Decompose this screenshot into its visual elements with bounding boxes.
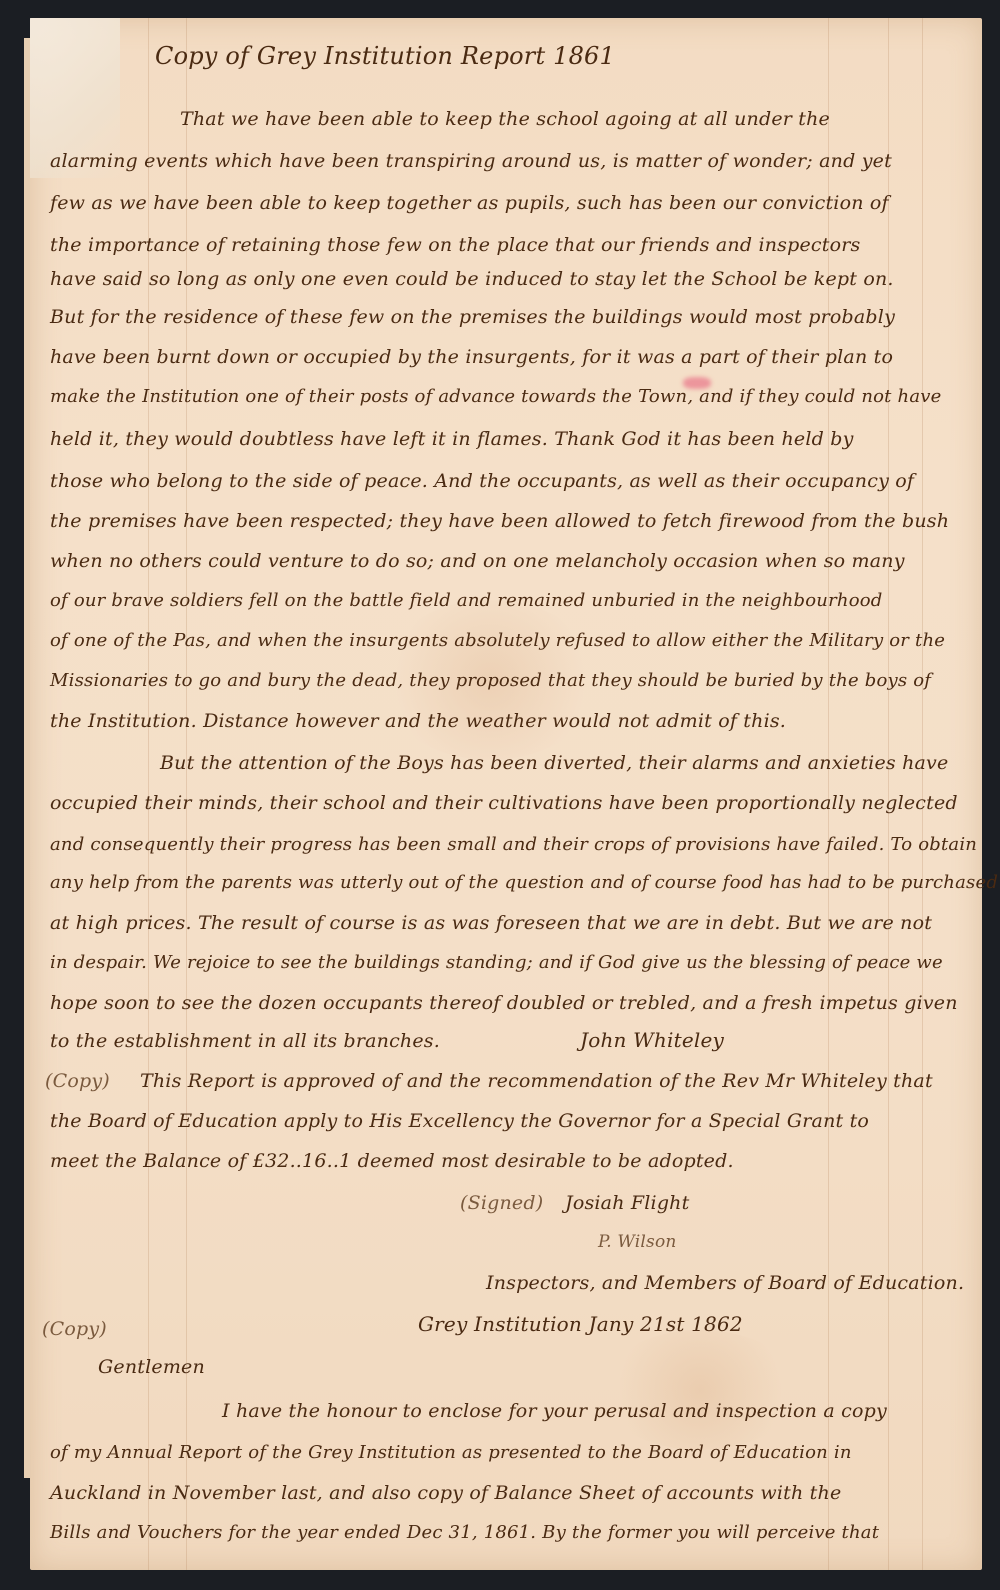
text-line: of my Annual Report of the Grey Institut… [50, 1442, 852, 1463]
text-line: the Institution. Distance however and th… [50, 710, 786, 732]
text-line: in despair. We rejoice to see the buildi… [50, 952, 943, 973]
text-line: hope soon to see the dozen occupants the… [50, 992, 958, 1014]
copy-label: (Copy) [45, 1070, 110, 1092]
text-line: This Report is approved of and the recom… [140, 1070, 933, 1092]
text-line: Auckland in November last, and also copy… [50, 1482, 841, 1504]
text-line: But the attention of the Boys has been d… [160, 752, 948, 774]
text-line: and consequently their progress has been… [50, 834, 977, 855]
signature-p-wilson: P. Wilson [598, 1232, 677, 1252]
text-line: occupied their minds, their school and t… [50, 792, 958, 814]
letter-place-date: Grey Institution Jany 21st 1862 [418, 1312, 743, 1336]
text-line: those who belong to the side of peace. A… [50, 470, 914, 492]
text-line: make the Institution one of their posts … [50, 386, 941, 407]
text-line: at high prices. The result of course is … [50, 912, 932, 934]
text-line: have been burnt down or occupied by the … [50, 346, 893, 368]
text-line: have said so long as only one even could… [50, 268, 894, 290]
text-line: alarming events which have been transpir… [50, 150, 892, 172]
text-line: held it, they would doubtless have left … [50, 428, 854, 450]
signature-josiah-flight: Josiah Flight [565, 1192, 689, 1214]
signed-label: (Signed) [460, 1192, 543, 1214]
text-line: to the establishment in all its branches… [50, 1030, 440, 1052]
text-line: the importance of retaining those few on… [50, 234, 860, 256]
document-title: Copy of Grey Institution Report 1861 [155, 42, 615, 70]
signature-john-whiteley: John Whiteley [580, 1028, 724, 1052]
text-line: the Board of Education apply to His Exce… [50, 1110, 869, 1132]
letter-salutation: Gentlemen [98, 1356, 205, 1378]
text-line: Bills and Vouchers for the year ended De… [50, 1522, 879, 1543]
signatories-role: Inspectors, and Members of Board of Educ… [486, 1272, 964, 1294]
ink-bleed-stain [600, 1330, 800, 1450]
text-line: when no others could venture to do so; a… [50, 550, 905, 572]
text-line: any help from the parents was utterly ou… [50, 872, 998, 893]
text-line: meet the Balance of £32..16..1 deemed mo… [50, 1150, 734, 1172]
text-line: few as we have been able to keep togethe… [50, 192, 889, 214]
copy-label: (Copy) [42, 1318, 107, 1340]
text-line: of our brave soldiers fell on the battle… [50, 590, 883, 611]
text-line: I have the honour to enclose for your pe… [222, 1400, 887, 1422]
text-line: But for the residence of these few on th… [50, 306, 895, 328]
text-line: Missionaries to go and bury the dead, th… [50, 670, 931, 691]
text-line: of one of the Pas, and when the insurgen… [50, 630, 945, 651]
text-line: That we have been able to keep the schoo… [180, 108, 830, 130]
text-line: the premises have been respected; they h… [50, 510, 949, 532]
